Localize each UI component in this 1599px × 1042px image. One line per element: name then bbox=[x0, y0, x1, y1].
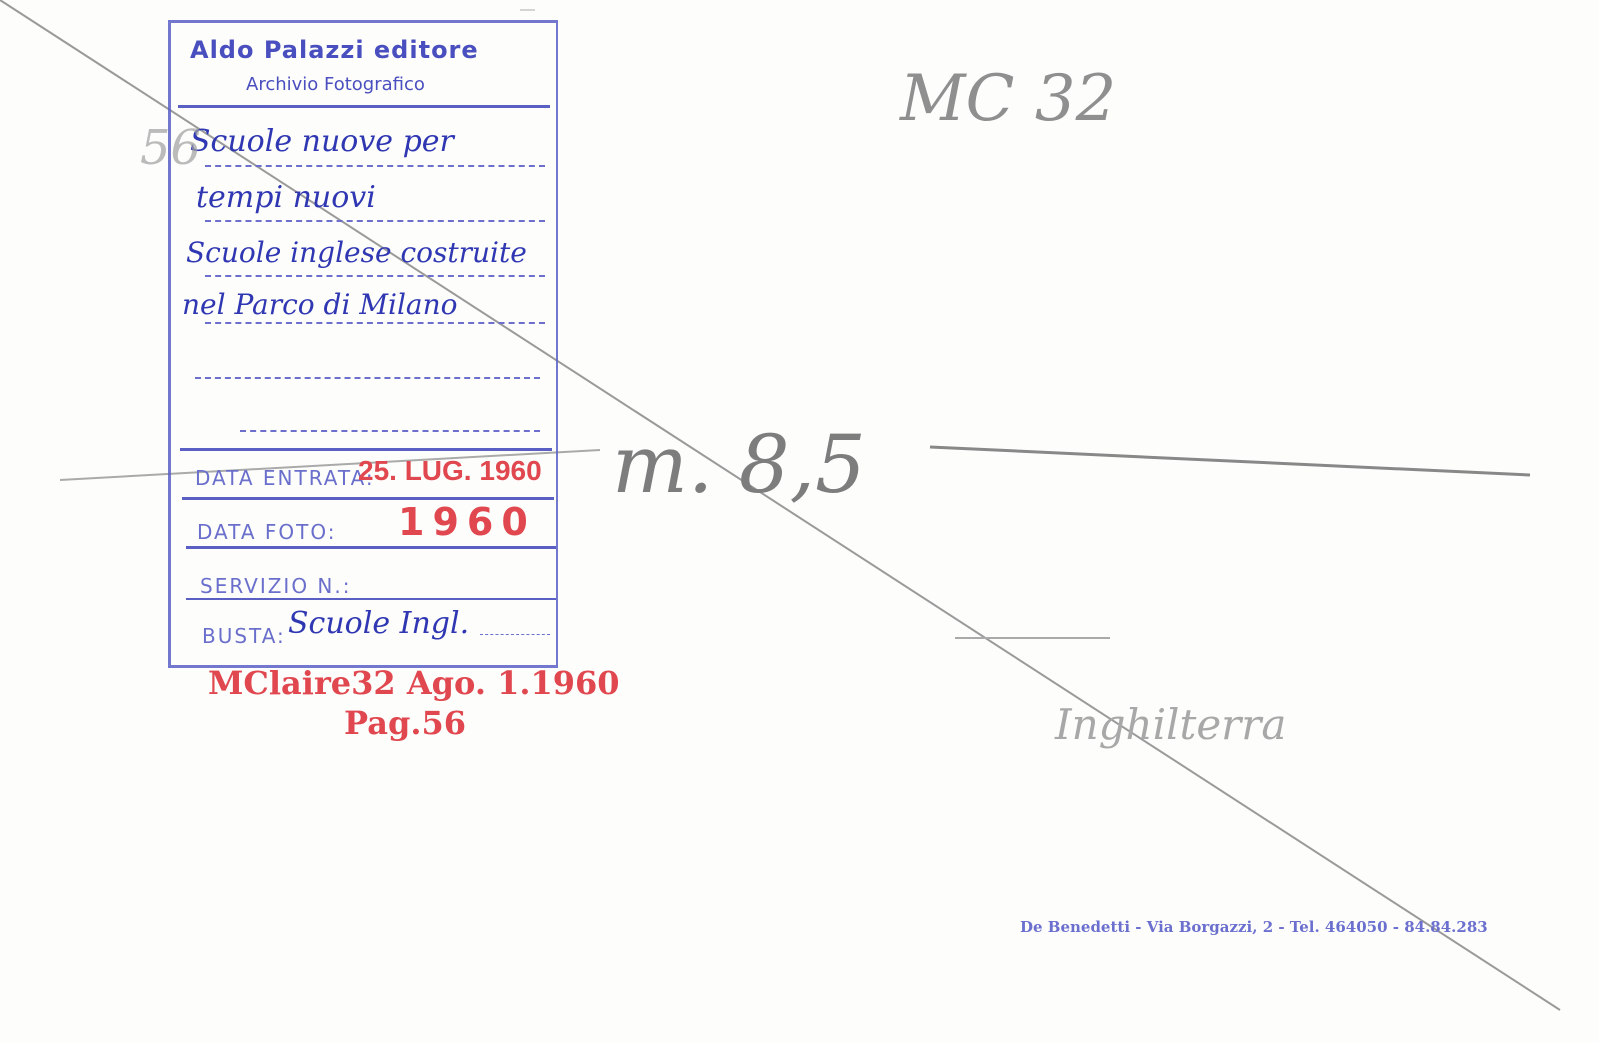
pencil-note-code: MC 32 bbox=[900, 62, 1116, 136]
dotted-line bbox=[205, 322, 545, 324]
title-line-1: Scuole nuove per bbox=[190, 124, 454, 159]
divider bbox=[178, 105, 550, 108]
servizio-label: SERVIZIO N.: bbox=[200, 574, 351, 598]
dotted-line bbox=[195, 377, 540, 379]
archive-stamp bbox=[168, 20, 558, 668]
data-foto-value: 1960 bbox=[398, 500, 536, 544]
data-entrata-value: 25. LUG. 1960 bbox=[358, 455, 542, 487]
title-line-2: tempi nuovi bbox=[196, 180, 376, 215]
dotted-line bbox=[205, 165, 545, 167]
dotted-line bbox=[205, 220, 545, 222]
busta-value: Scuole Ingl. bbox=[288, 606, 469, 641]
magazine-stamp-line1: MClaire32 Ago. 1.1960 bbox=[208, 664, 620, 702]
title-line-3: Scuole inglese costruite bbox=[186, 236, 527, 269]
magazine-stamp-line2: Pag.56 bbox=[344, 704, 466, 742]
data-foto-label: DATA FOTO: bbox=[197, 520, 336, 544]
divider bbox=[180, 448, 552, 451]
data-entrata-label: DATA ENTRATA: bbox=[195, 466, 375, 490]
photographer-stamp: De Benedetti - Via Borgazzi, 2 - Tel. 46… bbox=[1020, 918, 1488, 936]
pencil-note-country: Inghilterra bbox=[1055, 700, 1286, 749]
dotted-line bbox=[205, 275, 545, 277]
archive-label: Archivio Fotografico bbox=[246, 74, 425, 95]
dotted-line bbox=[480, 634, 550, 635]
busta-label: BUSTA: bbox=[202, 624, 286, 648]
publisher-name: Aldo Palazzi editore bbox=[190, 36, 479, 64]
divider bbox=[186, 598, 556, 600]
pencil-note-mark: 56 bbox=[140, 120, 201, 176]
dotted-line bbox=[240, 430, 540, 432]
pencil-note-size: m. 8,5 bbox=[612, 418, 866, 511]
divider bbox=[186, 546, 556, 549]
title-line-4: nel Parco di Milano bbox=[182, 288, 458, 321]
